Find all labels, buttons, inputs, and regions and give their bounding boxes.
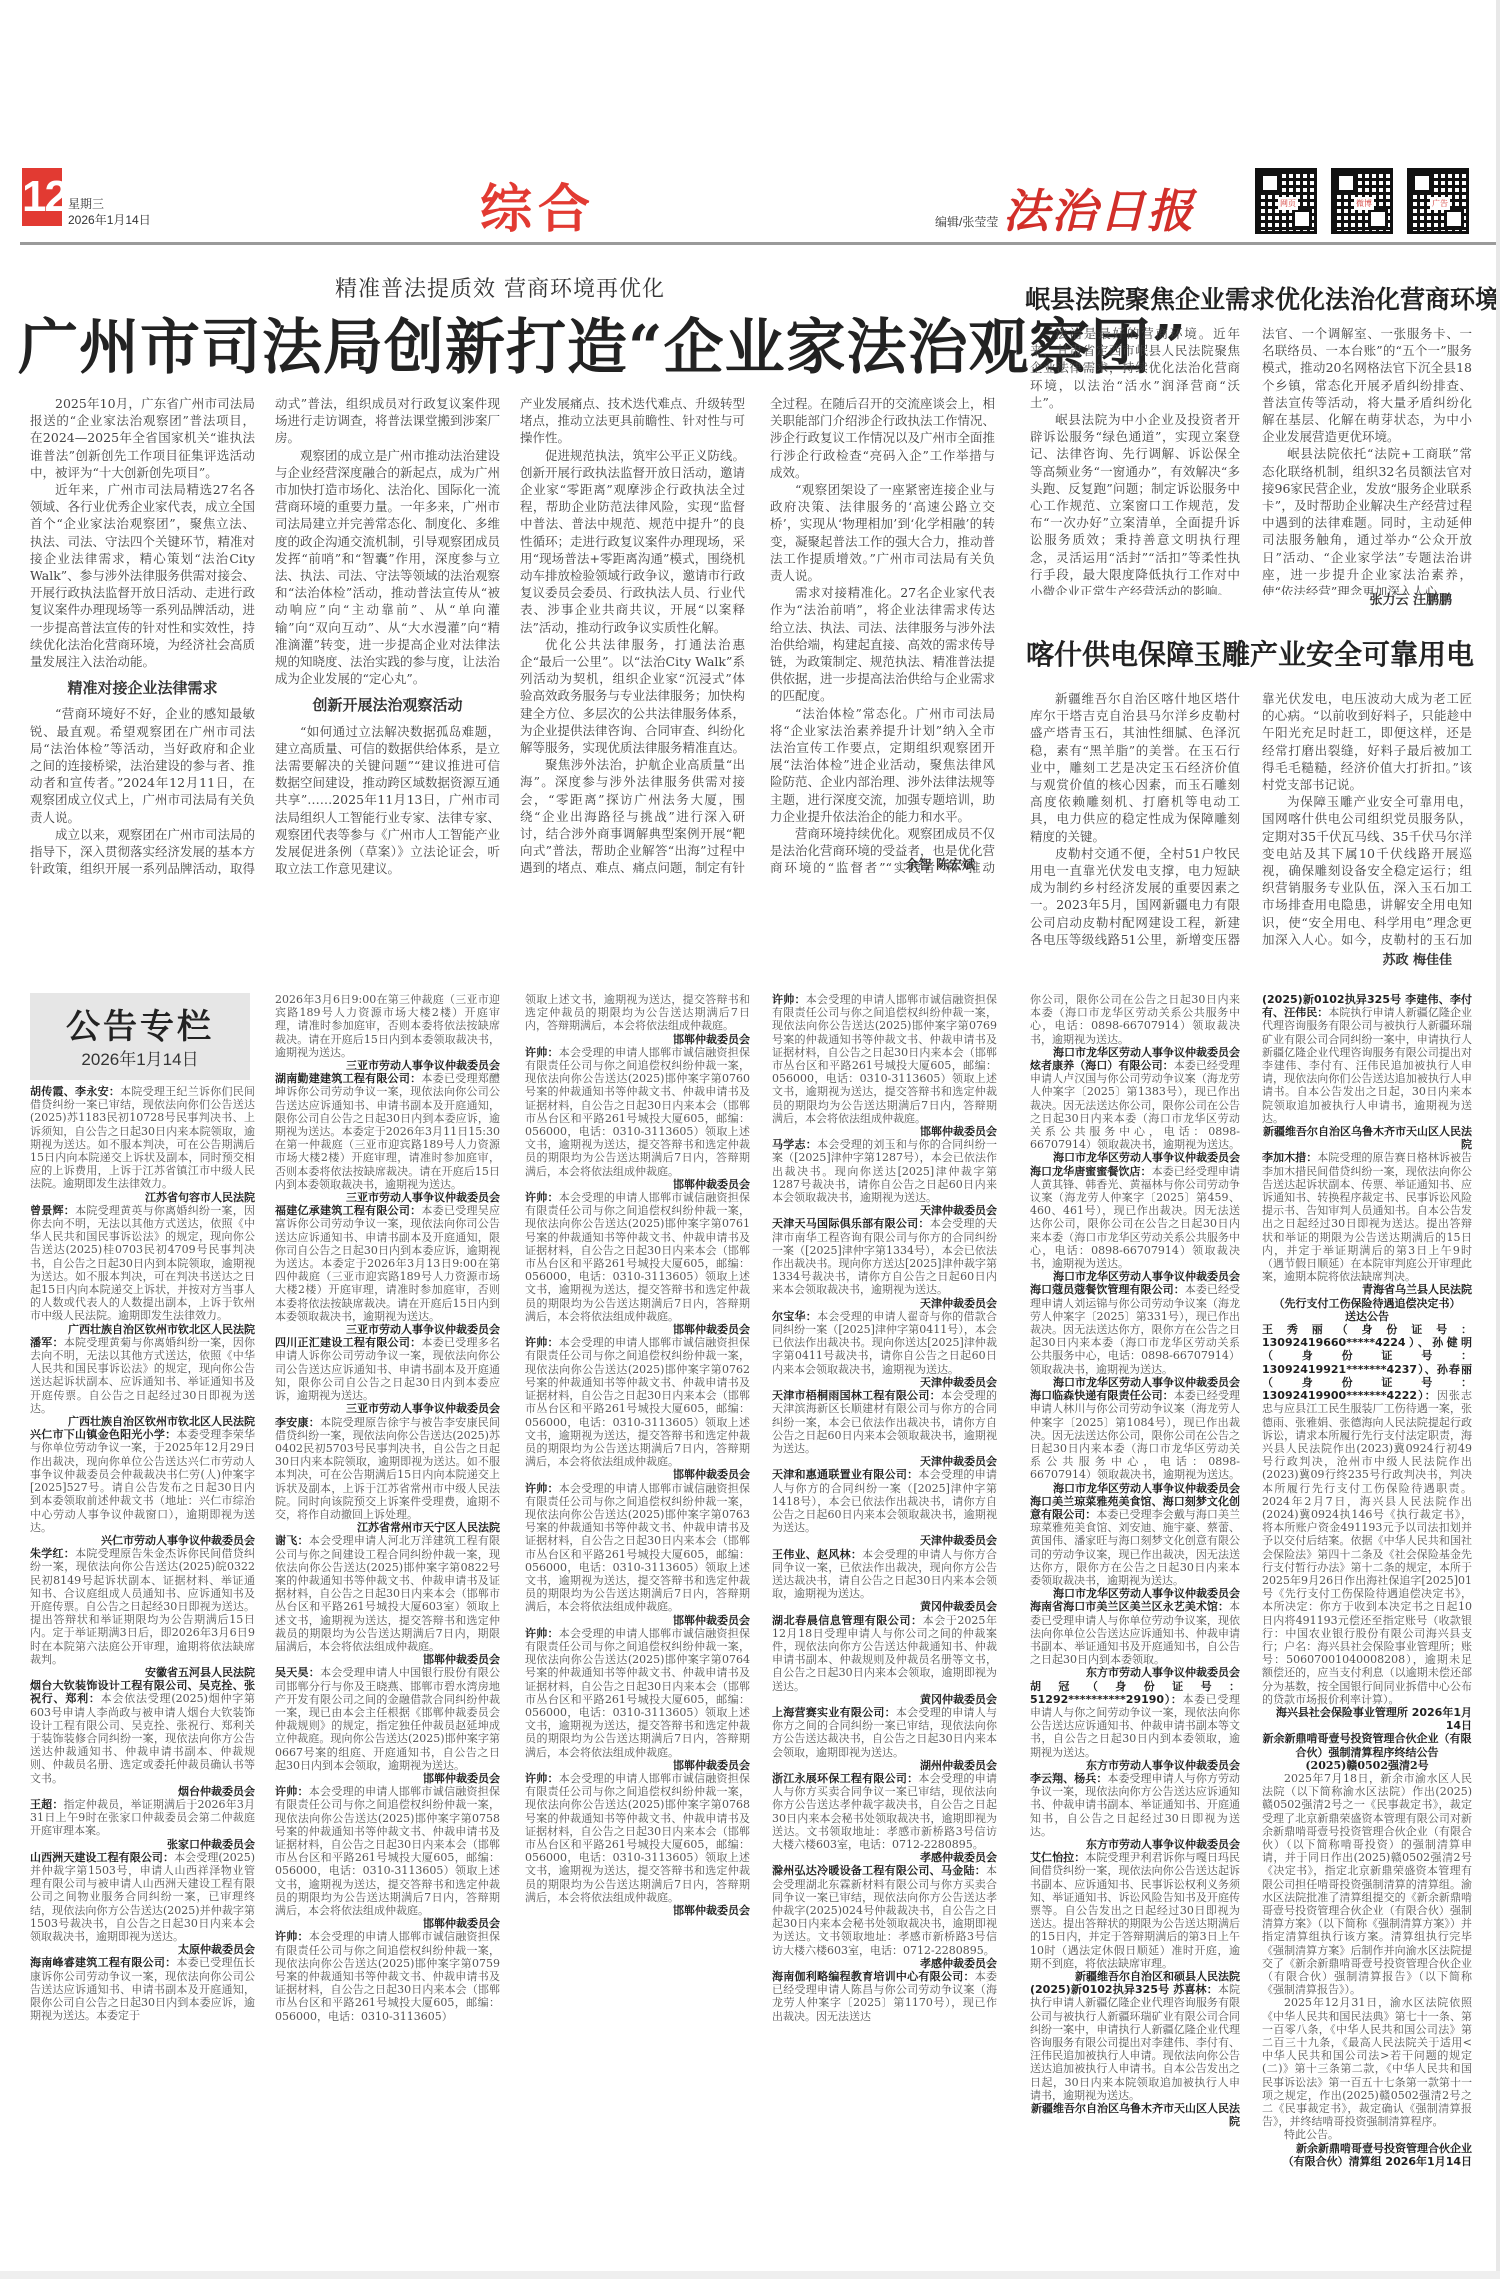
notice-party: 天津市梧桐雨国林工程有限公司： [772,1389,941,1402]
notice-issuer: 邯郸仲裁委员会 [275,1653,500,1666]
notice-party: 许帅： [525,1191,559,1204]
notice-body: 特此公告。 [1284,2128,1339,2141]
notice-issuer: 三亚市劳动人事争议仲裁委员会 [275,1402,500,1415]
notice-issuer: 江苏省常州市天宁区人民法院 [275,1521,500,1534]
qr-code-icon[interactable]: 微博 [1331,168,1393,234]
paragraph: 岷县法院依托“法院+工商联”常态化联络机制，组织32名员额法官对接96家民营企业… [1262,445,1472,595]
notice-body: 本院受理黄英与你离婚纠纷一案，因你去向不明，无法以其他方式送达，依照《中华人民共… [30,1204,255,1323]
notice-item: 许帅：本会受理的申请人邯郸市诚信融资担保有限责任公司与你之间追偿权纠纷仲裁一案，… [275,1785,500,1930]
subheading: 精准对接企业法律需求 [30,680,255,697]
notice-issuer: 邯郸仲裁委员会 [525,1904,750,1917]
notice-party: 李安康： [275,1416,320,1429]
lead-kicker: 精准普法提质效 营商环境再优化 [0,272,1000,303]
notice-party: 上海营赛实业有限公司： [772,1706,896,1719]
notice-issuer: 海兴县社会保险事业管理所 2026年1月14日 [1262,1706,1472,1732]
notice-body: 本委受理李荣华与你单位劳动争议一案，于2025年12月29日作出裁决，现向你单位… [30,1428,255,1533]
newspaper-logo: 法治日报 [1003,175,1195,241]
notice-body: 本院受理的原告赛日格林诉被告李加木措民间借贷纠纷一案，现依法向你公告送达起诉状副… [1262,1151,1472,1283]
notice-party: 朱学红： [30,1547,75,1560]
notice-item: 李安康：本院受理原告徐宇与被告李安康民间借贷纠纷一案，现依法向你公告送达(202… [275,1416,500,1535]
notice-item: 2026年3月6日9:00在第三仲裁庭（三亚市迎宾路189号人力资源市场大楼2楼… [275,993,500,1072]
notice-item: 潘军：本院受理黄菊与你离婚纠纷一案，因你去向不明，无法以其他方式送达，依照《中华… [30,1336,255,1428]
weekday: 星期三 [68,195,104,212]
right-article-1-column-2: 法官、一个调解室、一张服务卡、一名联络员、一本台账”的“五个一”服务模式，推动2… [1262,325,1472,595]
header-divider [20,242,1500,245]
notice-body: 本会受理的申请人邯郸市诚信融资担保有限责任公司与你之间追偿权纠纷仲裁一案，现依法… [525,1336,750,1468]
notice-body: 本委已经受理申请人刘运锦与你公司劳动争议案（海龙劳人仲案字〔2025〕第331号… [1030,1283,1240,1375]
notice-party: 吴天昊： [275,1666,320,1679]
notice-item: 许帅：本会受理的申请人邯郸市诚信融资担保有限责任公司与你之间追偿权纠纷仲裁一案，… [525,1482,750,1627]
notice-issuer: 黄冈仲裁委员会 [772,1600,997,1613]
notice-party: 许帅： [275,1930,309,1943]
notice-item: 烟台大钦装饰设计工程有限公司、吴克拴、张祝行、郑利：本会依法受理(2025)烟仲… [30,1679,255,1798]
subheading: 创新开展法治观察活动 [275,697,500,714]
notice-column-5: 你公司，限你公司在公告之日起30日内来本委（海口市龙华区劳动关系公共服务中心，电… [1030,993,1240,2220]
notice-item: 胡传霞、李永安：本院受理王纪兰诉你们民间借贷纠纷一案已审结，现依法向你们公告送达… [30,1085,255,1204]
notice-item: 许帅：本会受理的申请人邯郸市诚信融资担保有限责任公司与你之间追偿权纠纷仲裁一案，… [525,1627,750,1772]
notice-issuer: 海口市龙华区劳动人事争议仲裁委员会 [1030,1270,1240,1283]
notice-heading: 新余新鼎啃哥壹号投资管理合伙企业（有限合伙）强制清算程序终结公告 [1262,1732,1472,1758]
notice-issuer: 邯郸仲裁委员会 [525,1468,750,1481]
notice-issuer: 广西壮族自治区钦州市钦北区人民法院 [30,1415,255,1428]
page-bottom-edge [0,2271,1500,2279]
notice-date: 2026年1月14日 [30,1045,250,1070]
paragraph: 岷县法院为中小企业及投资者开辟诉讼服务“绿色通道”，实现立案登记、法律咨询、先行… [1030,411,1240,595]
notice-issuer: 邯郸仲裁委员会 [525,1614,750,1627]
notice-body: 本院执行申请人新疆亿隆企业代理咨询服务有限公司与被执行人新疆环瑞矿业有限公司合同… [1030,1983,1240,2102]
notice-item: 海口临森快递有限责任公司：本委已经受理申请人林川与你公司劳动争议案（海龙劳人仲案… [1030,1389,1240,1495]
notice-body: 本会受理的申请人邯郸市诚信融资担保有限责任公司与你之间追偿权纠纷仲裁一案，现依法… [525,1046,750,1178]
notice-item: 许帅：本会受理的申请人邯郸市诚信融资担保有限责任公司与你之间追偿权纠纷仲裁一案，… [525,1191,750,1336]
notice-item: 尔宝华：本会受理的申请人翟奇与你的借款合同纠纷一案（[2025]津仲字第0411… [772,1310,997,1389]
notice-party: 许帅： [525,1772,559,1785]
notice-party: 许帅： [525,1046,559,1059]
notice-item: 李云翔、杨兵：本委受理申请人与你方劳动争议一案，现依法向你方公告送达应诉通知书、… [1030,1772,1240,1851]
notice-banner: 公告专栏 2026年1月14日 [30,993,250,1080]
notice-party: 尔宝华： [772,1310,817,1323]
notice-issuer: 邯郸仲裁委员会 [525,1178,750,1191]
paragraph: 产业发展痛点、技术迭代难点、升级转型堵点，推动立法更具前瞻性、针对性与可操作性。 [520,395,745,447]
notice-body: 本会受理的申请人邯郸市诚信融资担保有限责任公司与你之间追偿权纠纷仲裁一案，现依法… [275,1930,500,2022]
notice-item: 特此公告。新余新鼎啃哥壹号投资管理合伙企业（有限合伙）清算组 2026年1月14… [1262,2128,1472,2168]
qr-label: 广告 [1430,197,1450,210]
notice-body: 指定仲裁员，举证期满后于2026年3月31日上午9时在张家口仲裁委员会第二仲裁庭… [30,1798,255,1837]
notice-heading: (2025)赣0502强清2号 [1262,1759,1472,1772]
notice-body: 2025年12月31日，渝水区法院依照《中华人民共和国民法典》第七十一条、第一百… [1262,1996,1472,2128]
notice-item: 李加木措：本院受理的原告赛日格林诉被告李加木措民间借贷纠纷一案，现依法向你公告送… [1262,1151,1472,1296]
notice-heading: 送达公告 [1262,1310,1472,1323]
notice-body: 本会受理湖北东霖新材料有限公司与你方买卖合同争议一案已审结，现依法向你方公告送达… [772,1864,997,1956]
masthead: 12 星期三 2026年1月14日 综合 编辑/张莹莹 法治日报 网页 微博 广… [20,165,1500,245]
notice-item: 2025年12月31日，渝水区法院依照《中华人民共和国民法典》第七十一条、第一百… [1262,1996,1472,2128]
paragraph: 观察团的成立是广州市推动法治建设与企业经营深度融合的新起点，成为广州市加快打造市… [275,447,500,688]
paragraph: 新疆维吾尔自治区喀什地区塔什库尔干塔吉克自治县马尔洋乡皮勒村盛产塔青玉石，其油性… [1030,690,1240,845]
notice-body: 本会受理(2025)并仲裁字第1503号，申请人山西祥泽物业管理有限公司与被申请… [30,1851,255,1943]
notice-title: 公告专栏 [30,999,250,1048]
notice-issuer: 东方市劳动人事争议仲裁委员会 [1030,1759,1240,1772]
notice-body: 本会受理的申请人邯郸市诚信融资担保有限责任公司与你之间追偿权纠纷仲裁一案，现依法… [275,1785,500,1917]
notice-item: 海口蔻员蔻餐饮管理有限公司：本委已经受理申请人刘运锦与你公司劳动争议案（海龙劳人… [1030,1283,1240,1389]
notice-column-1: 胡传霞、李永安：本院受理王纪兰诉你们民间借贷纠纷一案已审结，现依法向你们公告送达… [30,1085,255,2220]
right-article-2-headline: 喀什供电保障玉雕产业安全可靠用电 [1025,633,1475,673]
notice-party: 山西洲天建设工程有限公司： [30,1851,174,1864]
notice-column-6: (2025)新0102执异325号 李建伟、李付有、汪伟民：本院执行申请人新疆亿… [1262,993,1472,2220]
notice-body: 本委已受理郑醴坤诉你公司劳动争议一案，现依法向你公司公告送达应诉通知书、申请书副… [275,1072,500,1191]
notice-party: 胡传霞、李永安： [30,1085,120,1098]
notice-heading: （先行支付工伤保险待遇追偿决定书） [1262,1297,1472,1310]
notice-item: 炫者康养（海口）有限公司：本委已经受理申请人卢汉国与你公司劳动争议案（海龙劳人仲… [1030,1059,1240,1165]
notice-issuer: 天津仲裁委员会 [772,1455,997,1468]
notice-item: 送达公告 [1262,1310,1472,1323]
notice-issuer: 海口市龙华区劳动人事争议仲裁委员会 [1030,1151,1240,1164]
notice-item: 福建亿承建筑工程有限公司：本委已受理吴应富诉你公司劳动争议一案，现依法向你司公告… [275,1204,500,1336]
notice-item: 海南省海口市美兰区美兰区永艺美术馆：本委已受理申请人与你单位劳动争议案，现依法向… [1030,1600,1240,1679]
lead-byline: 余智 陈宏斌 [770,854,995,873]
paragraph: “营商环境好不好，企业的感知最敏锐、最直观。希望观察团在广州市司法局“法治体检”… [30,705,255,825]
notice-issuer: 烟台仲裁委员会 [30,1785,255,1798]
notice-party: 艾仁怡拉： [1030,1851,1085,1864]
notice-issuer: 广西壮族自治区钦州市钦北区人民法院 [30,1323,255,1336]
paragraph: 聚焦涉外法治，护航企业高质量“出海”。深度参与涉外法律服务供需对接会，“零距离”… [520,756,745,875]
notice-party: 谢飞： [275,1534,309,1547]
notice-issuer: 新疆维吾尔自治区乌鲁木齐市天山区人民法院 [1030,2102,1240,2128]
right-article-2-byline: 苏政 梅佳佳 [1262,949,1472,968]
notice-item: 朱学红：本院受理原告朱金杰诉你民间借贷纠纷一案，现依法向你公告送达(2025)皖… [30,1547,255,1679]
paragraph: “观察团架设了一座紧密连接企业与政府决策、法律服务的‘高速公路立交桥’，实现从‘… [770,481,995,584]
notice-body: 本会受理的申请人邯郸市诚信融资担保有限责任公司与你之间追偿权纠纷仲裁一案，现依法… [525,1191,750,1323]
right-article-1-column-1: 法治是最好的营商环境。近年来，甘肃省定西市岷县人民法院聚焦企业法律需求，持续优化… [1030,325,1240,595]
notice-item: 艾仁怡拉：本院受理尹利君诉你与嘎日玛民间借贷纠纷一案，现依法向你公告送达起诉书副… [1030,1851,1240,1983]
notice-party: 海南伽利略编程教育培训中心有限公司： [772,1970,975,1983]
notice-item: 许帅：本会受理的申请人邯郸市诚信融资担保有限责任公司与你之间追偿权纠纷仲裁一案，… [525,1772,750,1917]
lead-article-column-1: 2025年10月，广东省广州市司法局报送的“企业家法治观察团”普法项目，在202… [30,395,255,875]
paragraph: 靠光伏发电，电压波动大成为老工匠的心病。“以前收到好料子，只能趁中午阳光充足时赶… [1262,690,1472,793]
notice-item: 曾景辉：本院受理黄英与你离婚纠纷一案，因你去向不明，无法以其他方式送达，依照《中… [30,1204,255,1336]
notice-item: (2025)新0102执异325号 苏喜林：本院执行申请人新疆亿隆企业代理咨询服… [1030,1983,1240,2128]
notice-party: 许帅： [772,993,806,1006]
paragraph: 法官、一个调解室、一张服务卡、一名联络员、一本台账”的“五个一”服务模式，推动2… [1262,325,1472,445]
notice-body: 本会受理的申请人邯郸市诚信融资担保有限责任公司与你之间追偿权纠纷仲裁一案，现依法… [772,993,997,1125]
paragraph: 动式”普法，组织成员对行政复议案件现场进行走访调查，将普法课堂搬到涉案厂房。 [275,395,500,447]
notice-party: 许帅： [275,1785,309,1798]
notice-issuer: 新疆维吾尔自治区和硕县人民法院 [1030,1970,1240,1983]
notice-item: 许帅：本会受理的申请人邯郸市诚信融资担保有限责任公司与你之间追偿权纠纷仲裁一案，… [772,993,997,1138]
notice-body: 本院执行申请人新疆亿隆企业代理咨询服务有限公司与被执行人新疆环瑞矿业有限公司合同… [1262,1006,1472,1125]
notice-body: 本会受理的申请人邯郸市诚信融资担保有限责任公司与你之间追偿权纠纷仲裁一案，现依法… [525,1482,750,1614]
editor-credit: 编辑/张莹莹 [935,213,998,230]
notice-party: 王超： [30,1798,64,1811]
paragraph: “如何通过立法解决数据孤岛难题，建立高质量、可信的数据供给体系，是立法需要解决的… [275,723,500,875]
notice-body: 本院受理原告徐宇与被告李安康民间借贷纠纷一案，现依法向你公告送达(2025)苏0… [275,1416,500,1521]
notice-issuer: 天津仲裁委员会 [772,1534,997,1547]
notice-body: 本委已经受理申请人林川与你公司劳动争议案（海龙劳人仲案字〔2025〕第1084号… [1030,1389,1240,1481]
notice-party: 王伟业、赵风林： [772,1548,862,1561]
notice-item: (2025)赣0502强清2号 [1262,1759,1472,1772]
notice-body: 本会受理的申请人邯郸市诚信融资担保有限责任公司与你之间追偿权纠纷仲裁一案，现依法… [525,1772,750,1904]
notice-body: 本院受理原告朱金杰诉你民间借贷纠纷一案，现依法向你公告送达(2025)皖0322… [30,1547,255,1666]
notice-body: 领取上述文书，逾期视为送达，提交答辩书和选定仲裁员的期限均为公告送达期满后7日内… [525,993,750,1032]
notice-column-4: 许帅：本会受理的申请人邯郸市诚信融资担保有限责任公司与你之间追偿权纠纷仲裁一案，… [772,993,997,2220]
notice-item: 2025年7月18日，新余市渝水区人民法院（以下简称渝水区法院）作出(2025)… [1262,1772,1472,1996]
notice-party: 湖南勤建建筑工程有限公司： [275,1072,421,1085]
paragraph: 需求对接精准化。27名企业家代表作为“法治前哨”，将企业法律需求传达给立法、执法… [770,584,995,704]
notice-party: 许帅： [525,1482,559,1495]
notice-item: 天津和惠通联置业有限公司：本会受理的申请人与你方的合同纠纷一案（[2025]津仲… [772,1468,997,1547]
paragraph: 2025年10月，广东省广州市司法局报送的“企业家法治观察团”普法项目，在202… [30,395,255,481]
notice-item: 天津市梧桐雨国林工程有限公司：本会受理的天津滨海新区长顺建材有限公司与你方的合同… [772,1389,997,1468]
notice-item: 吴天昊：本会受理申请人中国银行股份有限公司邯郸分行与你及王晓燕、邯郸市碧水湾房地… [275,1666,500,1785]
notice-issuer: 安徽省五河县人民法院 [30,1666,255,1679]
notice-item: 新余新鼎啃哥壹号投资管理合伙企业（有限合伙）强制清算程序终结公告 [1262,1732,1472,1758]
notice-issuer: 兴仁市劳动人事争议仲裁委员会 [30,1534,255,1547]
notice-item: 你公司，限你公司在公告之日起30日内来本委（海口市龙华区劳动关系公共服务中心，电… [1030,993,1240,1059]
notice-body: 本委已经受理申请人卢汉国与你公司劳动争议案（海龙劳人仲案字〔2025〕第1383… [1030,1059,1240,1151]
notice-party: 炫者康养（海口）有限公司： [1030,1059,1174,1072]
notice-body: 本会依法受理(2025)烟仲字第603号申请人李尚政与被申请人烟台大钦装饰设计工… [30,1692,255,1784]
notice-party: 李加木措： [1262,1151,1317,1164]
notice-issuer: 天津仲裁委员会 [772,1376,997,1389]
notice-item: 滁州弘达冷暖设备工程有限公司、马金陆：本会受理湖北东霖新材料有限公司与你方买卖合… [772,1864,997,1970]
notice-party: 兴仁市下山镇金色阳光小学： [30,1428,176,1441]
notice-party: 海口临森快递有限责任公司： [1030,1389,1174,1402]
notice-body: 本会受理申请人河北万洋建筑工程有限公司与你之间建设工程合同纠纷仲裁一案，现依法向… [275,1534,500,1653]
qr-code-icon[interactable]: 网页 [1255,168,1317,234]
paragraph: 法治是最好的营商环境。近年来，甘肃省定西市岷县人民法院聚焦企业法律需求，持续优化… [1030,325,1240,411]
notice-party: 天津天马国际俱乐部有限公司： [772,1217,930,1230]
notice-issuer: 新余新鼎啃哥壹号投资管理合伙企业（有限合伙）清算组 2026年1月14日 [1262,2142,1472,2168]
notice-body: 2026年3月6日9:00在第三仲裁庭（三亚市迎宾路189号人力资源市场大楼2楼… [275,993,500,1059]
notice-item: 上海营赛实业有限公司：本会受理的申请人与你方之间的合同纠纷一案已审结，现依法向你… [772,1706,997,1772]
lead-article-column-4: 全过程。在随后召开的交流座谈会上，相关职能部门介绍涉企行政执法工作情况、涉企行政… [770,395,995,875]
qr-code-row: 网页 微博 广告 [1255,168,1469,234]
notice-body: 本院受理黄菊与你离婚纠纷一案，因你去向不明，无法以其他方式送达，依照《中华人民共… [30,1336,255,1415]
notice-issuer: 海口市龙华区劳动人事争议仲裁委员会 [1030,1376,1240,1389]
notice-item: 王伟业、赵风林：本会受理的申请人与你方合同争议一案，已依法作出裁决，现向你方公告… [772,1548,997,1614]
notice-item: 王秀丽（身份证号：13092419660*****4224）、孙健明（身份证号：… [1262,1323,1472,1732]
notice-party: 李云翔、杨兵： [1030,1772,1107,1785]
notice-issuer: 邯郸仲裁委员会 [525,1759,750,1772]
notice-item: 胡冠（身份证号：51292**********29190）：本委已受理申请人与你… [1030,1680,1240,1772]
notice-issuer: 海口市龙华区劳动人事争议仲裁委员会 [1030,1587,1240,1600]
notice-issuer: 海口市龙华区劳动人事争议仲裁委员会 [1030,1046,1240,1059]
notice-issuer: 三亚市劳动人事争议仲裁委员会 [275,1191,500,1204]
notice-item: 谢飞：本会受理申请人河北万洋建筑工程有限公司与你之间建设工程合同纠纷仲裁一案，现… [275,1534,500,1666]
notice-party: 四川正汇建设工程有限公司： [275,1336,421,1349]
notice-issuer: 邯郸仲裁委员会 [275,1772,500,1785]
section-title: 综合 [480,167,596,242]
notice-body: 本院受理尹利君诉你与嘎日玛民间借贷纠纷一案，现依法向你公告送达起诉书副本、应诉通… [1030,1851,1240,1970]
notice-issuer: 海口市龙华区劳动人事争议仲裁委员会 [1030,1482,1240,1495]
paragraph: 近年来，广州市司法局精选27名各领域、各行业优秀企业家代表，成立全国首个“企业家… [30,481,255,670]
notice-item: 湖南勤建建筑工程有限公司：本委已受理郑醴坤诉你公司劳动争议一案，现依法向你公司公… [275,1072,500,1204]
notice-item: 浙江永展环保工程有限公司：本会受理的申请人与你方买卖合同争议一案已审结，现依法向… [772,1772,997,1864]
lead-headline: 广州市司法局创新打造“企业家法治观察团” [18,300,998,386]
notice-issuer: 邯郸仲裁委员会 [525,1033,750,1046]
page-edge [1496,0,1500,2279]
page-number: 12 [22,168,62,226]
right-article-2-column-2: 靠光伏发电，电压波动大成为老工匠的心病。“以前收到好料子，只能趁中午阳光充足时赶… [1262,690,1472,950]
notice-item: 山西洲天建设工程有限公司：本会受理(2025)并仲裁字第1503号，申请人山西祥… [30,1851,255,1957]
paragraph: 优化公共法律服务，打通法治惠企“最后一公里”。以“法治City Walk”系列活… [520,636,745,756]
notice-item: 海口龙华唐蜜蜜餐饮店：本委已经受理申请人黄其锋、韩香光、黄福林与你公司劳动争议案… [1030,1165,1240,1284]
qr-label: 网页 [1278,197,1298,210]
notice-body: 你公司，限你公司在公告之日起30日内来本委（海口市龙华区劳动关系公共服务中心，电… [1030,993,1240,1046]
notice-column-3: 领取上述文书，逾期视为送达，提交答辩书和选定仲裁员的期限均为公告送达期满后7日内… [525,993,750,2220]
notice-issuer: 三亚市劳动人事争议仲裁委员会 [275,1059,500,1072]
qr-code-icon[interactable]: 广告 [1407,168,1469,234]
notice-issuer: 张家口仲裁委员会 [30,1838,255,1851]
notice-issuer: 湖州仲裁委员会 [772,1759,997,1772]
paragraph: 全过程。在随后召开的交流座谈会上，相关职能部门介绍涉企行政执法工作情况、涉企行政… [770,395,995,481]
notice-body: 本院受理王纪兰诉你们民间借贷纠纷一案已审结，现依法向你们公告送达(2025)苏1… [30,1085,255,1190]
notice-item: 海南伽利略编程教育培训中心有限公司：本委已经受理申请人陈昌与你公司劳动争议案（海… [772,1970,997,2023]
notice-column-2: 2026年3月6日9:00在第三仲裁庭（三亚市迎宾路189号人力资源市场大楼2楼… [275,993,500,2220]
notice-issuer: 青海省乌兰县人民法院 [1262,1283,1472,1296]
notice-body: 本委已受理吴应富诉你公司劳动争议一案，现依法向你司公告送达应诉通知书、申请书副本… [275,1204,500,1323]
newspaper-page: 12 星期三 2026年1月14日 综合 编辑/张莹莹 法治日报 网页 微博 广… [0,0,1500,2279]
paragraph: 为保障玉雕产业安全可靠用电，国网喀什供电公司组织党员服务队，定期对35千伏瓦马线… [1262,793,1472,950]
notice-issuer: 邯郸仲裁委员会 [772,1125,997,1138]
notice-issuer: 邯郸仲裁委员会 [525,1323,750,1336]
notice-party: 海口龙华唐蜜蜜餐饮店： [1030,1165,1152,1178]
right-article-2-column-1: 新疆维吾尔自治区喀什地区塔什库尔干塔吉克自治县马尔洋乡皮勒村盛产塔青玉石，其油性… [1030,690,1240,950]
notice-item: 许帅：本会受理的申请人邯郸市诚信融资担保有限责任公司与你之间追偿权纠纷仲裁一案，… [525,1046,750,1191]
notice-issuer: 孝感仲裁委员会 [772,1957,997,1970]
notice-body: 本委已经受理申请人黄其锋、韩香光、黄福林与你公司劳动争议案（海龙劳人仲案字〔20… [1030,1165,1240,1270]
notice-body: 本会受理申请人中国银行股份有限公司邯郸分行与你及王晓燕、邯郸市碧水湾房地产开发有… [275,1666,500,1771]
paragraph: 皮勒村交通不便，全村51户牧民用电一直靠光伏发电支撑，电力短缺成为制约乡村经济发… [1030,845,1240,950]
notice-item: 四川正汇建设工程有限公司：本委已受理多名申请人诉你公司劳动争议一案，现依法向你公… [275,1336,500,1415]
notice-issuer: 新疆维吾尔自治区乌鲁木齐市天山区人民法院 [1262,1125,1472,1151]
notice-party: 福建亿承建筑工程有限公司： [275,1204,421,1217]
notice-item: 王超：指定仲裁员，举证期满后于2026年3月31日上午9时在张家口仲裁委员会第二… [30,1798,255,1851]
notice-item: 许帅：本会受理的申请人邯郸市诚信融资担保有限责任公司与你之间追偿权纠纷仲裁一案，… [525,1336,750,1481]
right-article-1-headline: 岷县法院聚焦企业需求优化法治化营商环境 [1025,280,1475,316]
notice-issuer: 三亚市劳动人事争议仲裁委员会 [275,1323,500,1336]
lead-article-column-2: 动式”普法，组织成员对行政复议案件现场进行走访调查，将普法课堂搬到涉案厂房。观察… [275,395,500,875]
notice-party: 曾景辉： [30,1204,75,1217]
notice-party: 许帅： [525,1336,559,1349]
notice-party: 许帅： [525,1627,559,1640]
notice-party: 海南峰睿建筑工程有限公司： [30,1956,176,1969]
notice-party: (2025)新0102执异325号 苏喜林： [1030,1983,1218,1996]
notice-body: 因张志忠与应县江工民生服装厂工伤待遇一案，张德雨、张雅娟、张德海向人民法院提起行… [1262,1389,1472,1706]
notice-issuer: 天津仲裁委员会 [772,1204,997,1217]
paragraph: “法治体检”常态化。广州市司法局将“企业家法治素养提升计划”纳入全市法治宣传工作… [770,705,995,825]
right-article-1-byline: 张力云 汪鹏鹏 [1262,589,1472,608]
notice-body: 2025年7月18日，新余市渝水区人民法院（以下简称渝水区法院）作出(2025)… [1262,1772,1472,1996]
publication-date: 2026年1月14日 [68,211,151,228]
notice-item: 湖北春晨信息管理有限公司：本会于2025年12月18日受理申请人与你公司之间的仲… [772,1614,997,1706]
notice-issuer: 黄冈仲裁委员会 [772,1693,997,1706]
notice-item: 马学志：本会受理的刘玉和与你的合同纠纷一案（[2025]津仲字第1287号），本… [772,1138,997,1217]
notice-party: 马学志： [772,1138,817,1151]
notice-item: (2025)新0102执异325号 李建伟、李付有、汪伟民：本院执行申请人新疆亿… [1262,993,1472,1151]
notice-item: 海南峰睿建筑工程有限公司：本委已受理伍长康诉你公司劳动争议一案，现依法向你公司公… [30,1956,255,2022]
notice-item: 领取上述文书，逾期视为送达，提交答辩书和选定仲裁员的期限均为公告送达期满后7日内… [525,993,750,1046]
notice-issuer: 孝感仲裁委员会 [772,1851,997,1864]
notice-issuer: 邯郸仲裁委员会 [275,1917,500,1930]
notice-item: 兴仁市下山镇金色阳光小学：本委受理李荣华与你单位劳动争议一案，于2025年12月… [30,1428,255,1547]
notice-party: 湖北春晨信息管理有限公司： [772,1614,923,1627]
notice-item: （先行支付工伤保险待遇追偿决定书） [1262,1297,1472,1310]
notice-party: 潘军： [30,1336,64,1349]
paragraph: 促进规范执法，筑牢公平正义防线。创新开展行政执法监督开放日活动，邀请企业家“零距… [520,447,745,636]
lead-article-column-3: 产业发展痛点、技术迭代难点、升级转型堵点，推动立法更具前瞻性、针对性与可操作性。… [520,395,745,875]
notice-item: 许帅：本会受理的申请人邯郸市诚信融资担保有限责任公司与你之间追偿权纠纷仲裁一案，… [275,1930,500,2022]
notice-item: 海口美兰琼菜雅苑美食馆、海口刻梦文化创意有限公司：本委已受理李会戴与海口美兰琼菜… [1030,1495,1240,1601]
notice-party: 海口蔻员蔻餐饮管理有限公司： [1030,1283,1185,1296]
notice-issuer: 东方市劳动人事争议仲裁委员会 [1030,1838,1240,1851]
notice-body: 本会受理的申请人邯郸市诚信融资担保有限责任公司与你之间追偿权纠纷仲裁一案，现依法… [525,1627,750,1759]
notice-issuer: 天津仲裁委员会 [772,1297,997,1310]
notice-issuer: 太原仲裁委员会 [30,1943,255,1956]
paragraph: 成立以来，观察团在广州市司法局的指导下，深入贯彻落实经济发展的基本方针政策，组织… [30,826,255,875]
notice-party: 天津和惠通联置业有限公司： [772,1468,918,1481]
notice-item: 天津天马国际俱乐部有限公司：本会受理的天津市南华工程咨询有限公司与你方的合同纠纷… [772,1217,997,1309]
notice-party: 滁州弘达冷暖设备工程有限公司、马金陆： [772,1864,986,1877]
notice-party: 浙江永展环保工程有限公司： [772,1772,918,1785]
notice-issuer: 江苏省句容市人民法院 [30,1191,255,1204]
notice-party: 海南省海口市美兰区美兰区永艺美术馆： [1030,1600,1229,1613]
notice-issuer: 东方市劳动人事争议仲裁委员会 [1030,1666,1240,1679]
qr-label: 微博 [1354,197,1374,210]
